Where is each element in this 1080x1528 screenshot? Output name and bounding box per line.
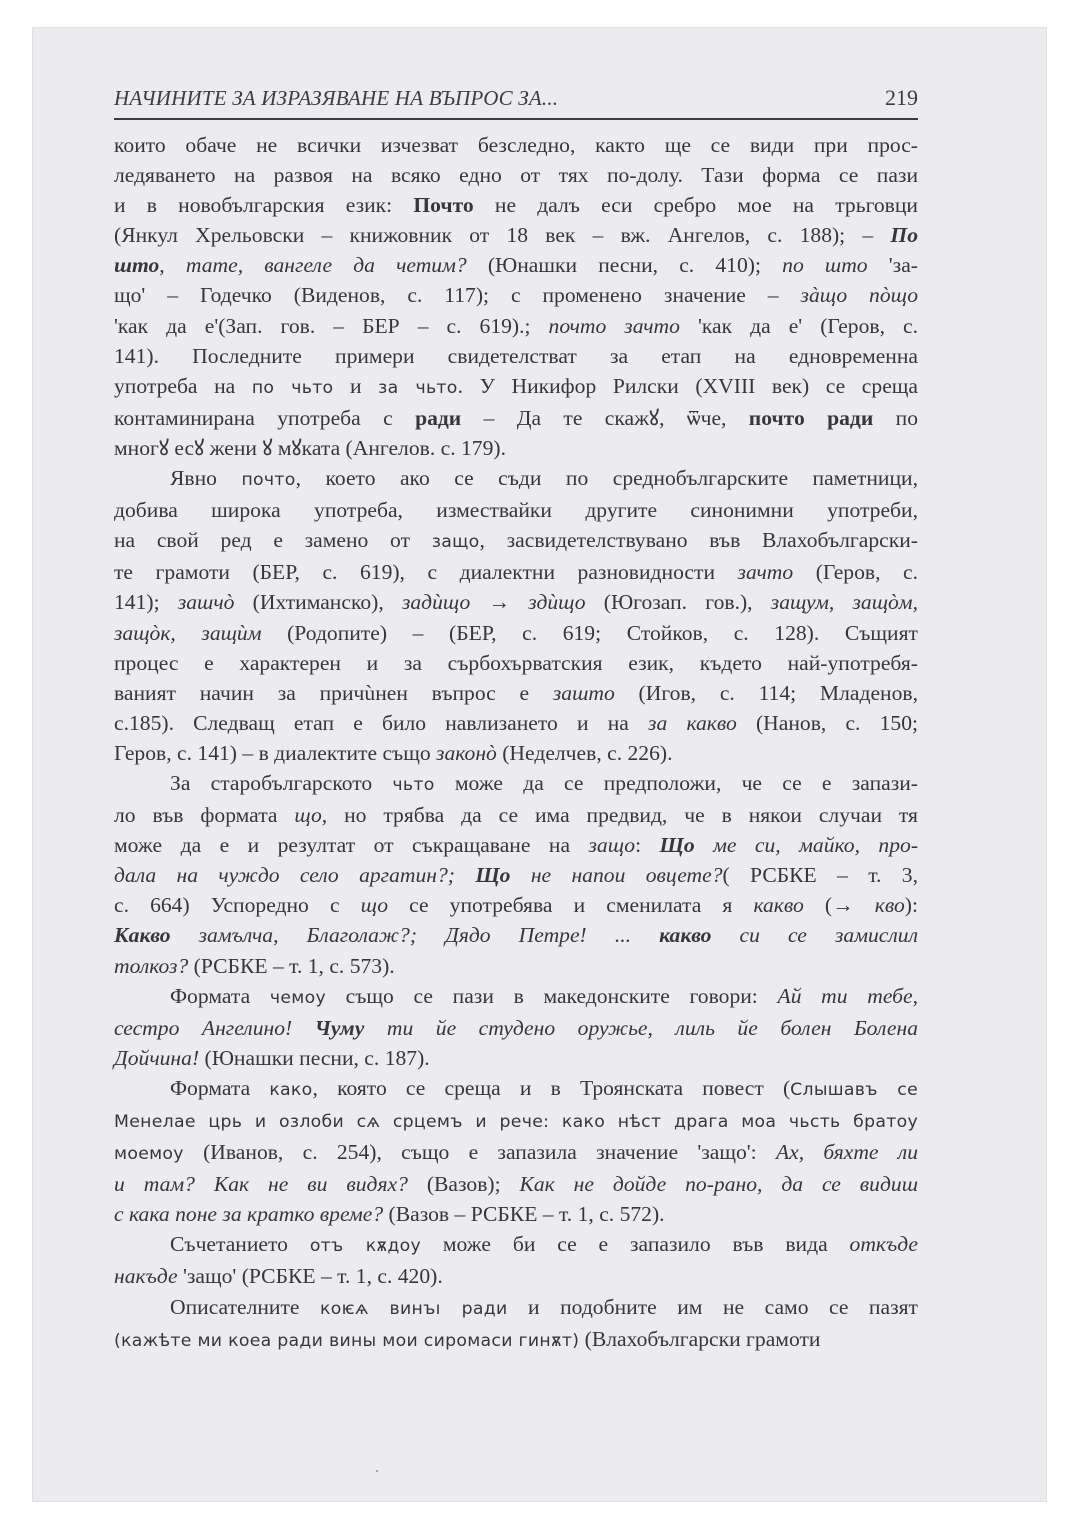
text-line: процес е характерен и за сърбохърватския… xyxy=(114,648,918,678)
text-run: накъде xyxy=(114,1264,178,1288)
text-line: (кажѣте ми коеа ради вины мои сиромаси г… xyxy=(114,1324,918,1356)
body-text: които обаче не всички изчезват безследно… xyxy=(114,130,918,1356)
text-run: 'как да е' (Геров, с. xyxy=(680,314,918,338)
text-line: 'как да е'(Зап. гов. – БЕР – с. 619).; п… xyxy=(114,311,918,341)
text-run: Съчетанието xyxy=(170,1232,310,1256)
running-title: НАЧИНИТЕ ЗА ИЗРАЗЯВАНЕ НА ВЪПРОС ЗА... xyxy=(114,86,558,111)
text-run: (Юнашки песни, с. 410); xyxy=(467,253,782,277)
text-run: толкоз? xyxy=(114,954,188,978)
text-line: моемоу (Иванов, с. 254), също е запазила… xyxy=(114,1137,918,1169)
text-run: ти йе студено оружье, лиль йе болен Боле… xyxy=(364,1016,918,1040)
text-run: Как не дойде по-рано, да се видиш xyxy=(520,1172,918,1196)
text-run: кво xyxy=(875,893,905,917)
text-run: многꙋ есꙋ жени ꙋ мꙋката (Ангелов. с. 179… xyxy=(114,436,506,460)
text-run: защо xyxy=(588,833,635,857)
text-run: ледяването на развоя на всяко едно от тя… xyxy=(114,163,918,187)
text-run: си се замислил xyxy=(711,923,918,947)
text-run: ): xyxy=(905,893,918,917)
old-bulgarian-quote: чьто xyxy=(392,775,434,795)
text-run: Почто xyxy=(413,193,473,217)
old-bulgarian-quote: чемоу xyxy=(270,988,326,1008)
text-line: с.185). Следващ етап е било навлизането … xyxy=(114,708,918,738)
text-line: що' – Годечко (Виденов, с. 117); с проме… xyxy=(114,280,918,310)
text-run: зашчò xyxy=(178,590,235,614)
text-line: добива широка употреба, измествайки друг… xyxy=(114,495,918,525)
text-run: зашто xyxy=(553,681,615,705)
text-run: с. 664) Успоредно с xyxy=(114,893,361,917)
text-run: – Да те скажꙋ, ѿче, xyxy=(461,406,749,430)
text-line: ваният начин за причùнен въпрос е зашто … xyxy=(114,678,918,708)
text-run: (Нанов, с. 150; xyxy=(737,711,918,735)
text-line: Описателните коѥѧ винъı ради и подобните… xyxy=(114,1292,918,1324)
text-run: контаминирана употреба с xyxy=(114,406,415,430)
text-run: що' – Годечко (Виденов, с. 117); с проме… xyxy=(114,283,801,307)
text-run: се употребява и сменилата я xyxy=(388,893,753,917)
paragraph-p4: Формата чемоу също се пази в македонскит… xyxy=(114,981,918,1073)
text-run: Описателните xyxy=(170,1295,320,1319)
text-run: (→ xyxy=(804,893,875,917)
text-run: (Игов, с. 114; Младенов, xyxy=(615,681,918,705)
paragraph-p5: Формата како, която се среща и в Троянск… xyxy=(114,1073,918,1229)
text-run: 141). Последните примери свидетелстват з… xyxy=(114,344,918,368)
text-run: ради xyxy=(415,406,461,430)
text-run: може да е и резултат от съкращаване на xyxy=(114,833,588,857)
text-run: и в новобългарския език: xyxy=(114,193,413,217)
old-bulgarian-quote: Слышавъ се xyxy=(790,1080,918,1100)
text-run: : xyxy=(635,833,659,857)
text-run: Дойчина! xyxy=(114,1046,199,1070)
text-run: с кака поне за кратко време? xyxy=(114,1202,383,1226)
old-bulgarian-quote: почто xyxy=(241,470,295,490)
text-run: (Иванов, с. 254), също е запазила значен… xyxy=(184,1140,776,1164)
text-line: Формата како, която се среща и в Троянск… xyxy=(114,1073,918,1105)
text-line: (Янкул Хрельовски – книжовник от 18 век … xyxy=(114,220,918,250)
text-line: Съчетанието отъ кѫдоу може би се е запаз… xyxy=(114,1229,918,1261)
text-line: што, тате, вангеле да четим? (Юнашки пес… xyxy=(114,250,918,280)
text-line: на свой ред е замено от защо, засвидетел… xyxy=(114,525,918,557)
text-run: що xyxy=(361,893,388,917)
text-line: контаминирана употреба с ради – Да те ск… xyxy=(114,403,918,433)
text-line: ло във формата що, но трябва да се има п… xyxy=(114,800,918,830)
header-rule xyxy=(114,118,918,120)
text-run: 'за- xyxy=(868,253,918,277)
text-line: Какво замълча, Благолаж?; Дядо Петре! ..… xyxy=(114,920,918,950)
text-run: (Ихтиманско), xyxy=(234,590,402,614)
old-bulgarian-quote: за чьто xyxy=(378,378,458,398)
old-bulgarian-quote: коѥѧ винъı ради xyxy=(320,1299,508,1319)
text-line: може да е и резултат от съкращаване на з… xyxy=(114,830,918,860)
text-run: 'как да е'(Зап. гов. – БЕР – с. 619).; xyxy=(114,314,549,338)
text-run: , тате, вангеле да четим? xyxy=(159,253,466,277)
text-run: законò xyxy=(436,741,497,765)
text-run: зàщо пòщо xyxy=(801,283,918,307)
text-line: с. 664) Успоредно с що се употребява и с… xyxy=(114,890,918,920)
text-run: , засвидетелствувано във Влахобългарски- xyxy=(480,528,918,552)
text-run: Формата xyxy=(170,1076,269,1100)
old-bulgarian-quote: моемоу xyxy=(114,1144,184,1164)
old-bulgarian-quote: по чьто xyxy=(252,378,334,398)
text-line: ледяването на развоя на всяко едно от тя… xyxy=(114,160,918,190)
old-bulgarian-quote: Менелае црь и озлоби сѧ срцемъ и рече: к… xyxy=(114,1112,918,1132)
text-run: (Янкул Хрельовски – книжовник от 18 век … xyxy=(114,223,890,247)
text-run: Какво xyxy=(114,923,171,947)
text-line: Формата чемоу също се пази в македонскит… xyxy=(114,981,918,1013)
text-run: ( РСБКЕ – т. 3, xyxy=(723,863,918,887)
text-run: какво xyxy=(753,893,803,917)
text-run: откъде xyxy=(850,1232,918,1256)
text-run: с.185). Следващ етап е било навлизането … xyxy=(114,711,648,735)
text-line: 141). Последните примери свидетелстват з… xyxy=(114,341,918,371)
text-line: 141); зашчò (Ихтиманско), задùщо → здùщо… xyxy=(114,587,918,617)
text-line: употреба на по чьто и за чьто. У Никифор… xyxy=(114,371,918,403)
text-run: Ай ти тебе, xyxy=(778,984,919,1008)
paragraph-p6: Съчетанието отъ кѫдоу може би се е запаз… xyxy=(114,1229,918,1291)
text-line: дала на чуждо село аргатин?; Що не напои… xyxy=(114,860,918,890)
text-line: защòк, защùм (Родопите) – (БЕР, с. 619; … xyxy=(114,618,918,648)
text-run: (Югозап. гов.), xyxy=(586,590,771,614)
text-line: Дойчина! (Юнашки песни, с. 187). xyxy=(114,1043,918,1073)
text-line: Явно почто, което ако се съди по средноб… xyxy=(114,463,918,495)
text-run: защум, защòм, xyxy=(771,590,918,614)
text-line: толкоз? (РСБКЕ – т. 1, с. 573). xyxy=(114,951,918,981)
text-run: може би се е запазило във вида xyxy=(421,1232,850,1256)
text-run: процес е характерен и за сърбохърватския… xyxy=(114,651,918,675)
text-run: ло във формата xyxy=(114,803,294,827)
text-run: (Неделчев, с. 226). xyxy=(497,741,673,765)
text-run: За старобългарското xyxy=(170,771,392,795)
text-run: Формата xyxy=(170,984,270,1008)
text-run: (РСБКЕ – т. 1, с. 573). xyxy=(188,954,394,978)
text-run: (Юнашки песни, с. 187). xyxy=(199,1046,430,1070)
text-run: , но трябва да се има предвид, че в няко… xyxy=(322,803,918,827)
paragraph-p3: За старобългарското чьто може да се пред… xyxy=(114,768,918,981)
text-run: по што xyxy=(782,253,867,277)
text-run: дала на чуждо село аргатин?; xyxy=(114,863,475,887)
text-run: те грамоти (БЕР, с. 619), с диалектни ра… xyxy=(114,560,738,584)
text-run: които обаче не всички изчезват безследно… xyxy=(114,133,918,157)
text-run: , което ако се съди по среднобългарските… xyxy=(296,466,918,490)
paragraph-p2: Явно почто, което ако се съди по средноб… xyxy=(114,463,918,768)
text-run: защòк, защùм xyxy=(114,621,262,645)
text-run: Геров, с. 141) – в диалектите също xyxy=(114,741,436,765)
text-line: Менелае црь и озлоби сѧ срцемъ и рече: к… xyxy=(114,1105,918,1137)
text-run: 'защо' (РСБКЕ – т. 1, с. 420). xyxy=(178,1264,443,1288)
text-line: сестро Ангелино! Чуму ти йе студено оруж… xyxy=(114,1013,918,1043)
text-run: Ах, бяхте ли xyxy=(776,1140,918,1164)
text-run: Що xyxy=(660,833,695,857)
text-run: (Родопите) – (БЕР, с. 619; Стойков, с. 1… xyxy=(262,621,918,645)
text-run: , която се среща и в Троянската повест ( xyxy=(313,1076,791,1100)
page-number: 219 xyxy=(885,85,918,111)
old-bulgarian-quote: (кажѣте ми коеа ради вины мои сиромаси г… xyxy=(114,1331,579,1351)
text-run: почто зачто xyxy=(549,314,680,338)
text-run: Явно xyxy=(170,466,241,490)
text-line: с кака поне за кратко време? (Вазов – РС… xyxy=(114,1199,918,1229)
text-run: и там? Как не ви видях? xyxy=(114,1172,408,1196)
text-run: (Вазов); xyxy=(408,1172,520,1196)
text-run: (Влахобългарски грамоти xyxy=(579,1327,820,1351)
text-run: не далъ еси сребро мое на трьговци xyxy=(474,193,918,217)
text-run: замълча, Благолаж?; Дядо Петре! ... xyxy=(171,923,660,947)
text-run: сестро Ангелино! xyxy=(114,1016,315,1040)
text-run: на свой ред е замено от xyxy=(114,528,432,552)
text-line: и там? Как не ви видях? (Вазов); Как не … xyxy=(114,1169,918,1199)
text-line: те грамоти (БЕР, с. 619), с диалектни ра… xyxy=(114,557,918,587)
paragraph-p7: Описателните коѥѧ винъı ради и подобните… xyxy=(114,1292,918,1356)
text-run: задùщо → здùщо xyxy=(402,590,586,614)
text-run: почто ради xyxy=(749,406,874,430)
text-run: (Вазов – РСБКЕ – т. 1, с. 572). xyxy=(383,1202,664,1226)
old-bulgarian-quote: защо xyxy=(432,532,480,552)
text-run: не напои овцете? xyxy=(510,863,722,887)
text-run: добива широка употреба, измествайки друг… xyxy=(114,498,918,522)
text-run: употреба на xyxy=(114,374,252,398)
text-run: . У Никифор Рилски (XVIII век) се среща xyxy=(458,374,918,398)
text-run: ваният начин за причùнен въпрос е xyxy=(114,681,553,705)
text-line: които обаче не всички изчезват безследно… xyxy=(114,130,918,160)
old-bulgarian-quote: како xyxy=(269,1080,312,1100)
text-run: По xyxy=(890,223,918,247)
text-run: също се пази в македонските говори: xyxy=(326,984,778,1008)
print-speck xyxy=(376,1470,378,1472)
text-line: и в новобългарския език: Почто не далъ е… xyxy=(114,190,918,220)
text-run: какво xyxy=(659,923,711,947)
text-run: Чуму xyxy=(315,1016,365,1040)
text-line: За старобългарското чьто може да се пред… xyxy=(114,768,918,800)
text-run: по xyxy=(873,406,918,430)
text-line: накъде 'защо' (РСБКЕ – т. 1, с. 420). xyxy=(114,1261,918,1291)
text-run: Що xyxy=(475,863,510,887)
text-run: зачто xyxy=(738,560,794,584)
text-run: што xyxy=(114,253,159,277)
text-run: за какво xyxy=(648,711,737,735)
running-header: НАЧИНИТЕ ЗА ИЗРАЗЯВАНЕ НА ВЪПРОС ЗА... 2… xyxy=(114,79,918,111)
text-run: и подобните им не само се пазят xyxy=(508,1295,918,1319)
text-line: многꙋ есꙋ жени ꙋ мꙋката (Ангелов. с. 179… xyxy=(114,433,918,463)
paragraph-p1: които обаче не всички изчезват безследно… xyxy=(114,130,918,463)
old-bulgarian-quote: отъ кѫдоу xyxy=(310,1236,421,1256)
text-run: що xyxy=(294,803,321,827)
text-run: може да се предположи, че се е запази- xyxy=(435,771,918,795)
text-run: и xyxy=(333,374,378,398)
text-run: (Геров, с. xyxy=(793,560,918,584)
text-run: 141); xyxy=(114,590,178,614)
text-run: ме си, майко, про- xyxy=(695,833,918,857)
text-line: Геров, с. 141) – в диалектите също закон… xyxy=(114,738,918,768)
